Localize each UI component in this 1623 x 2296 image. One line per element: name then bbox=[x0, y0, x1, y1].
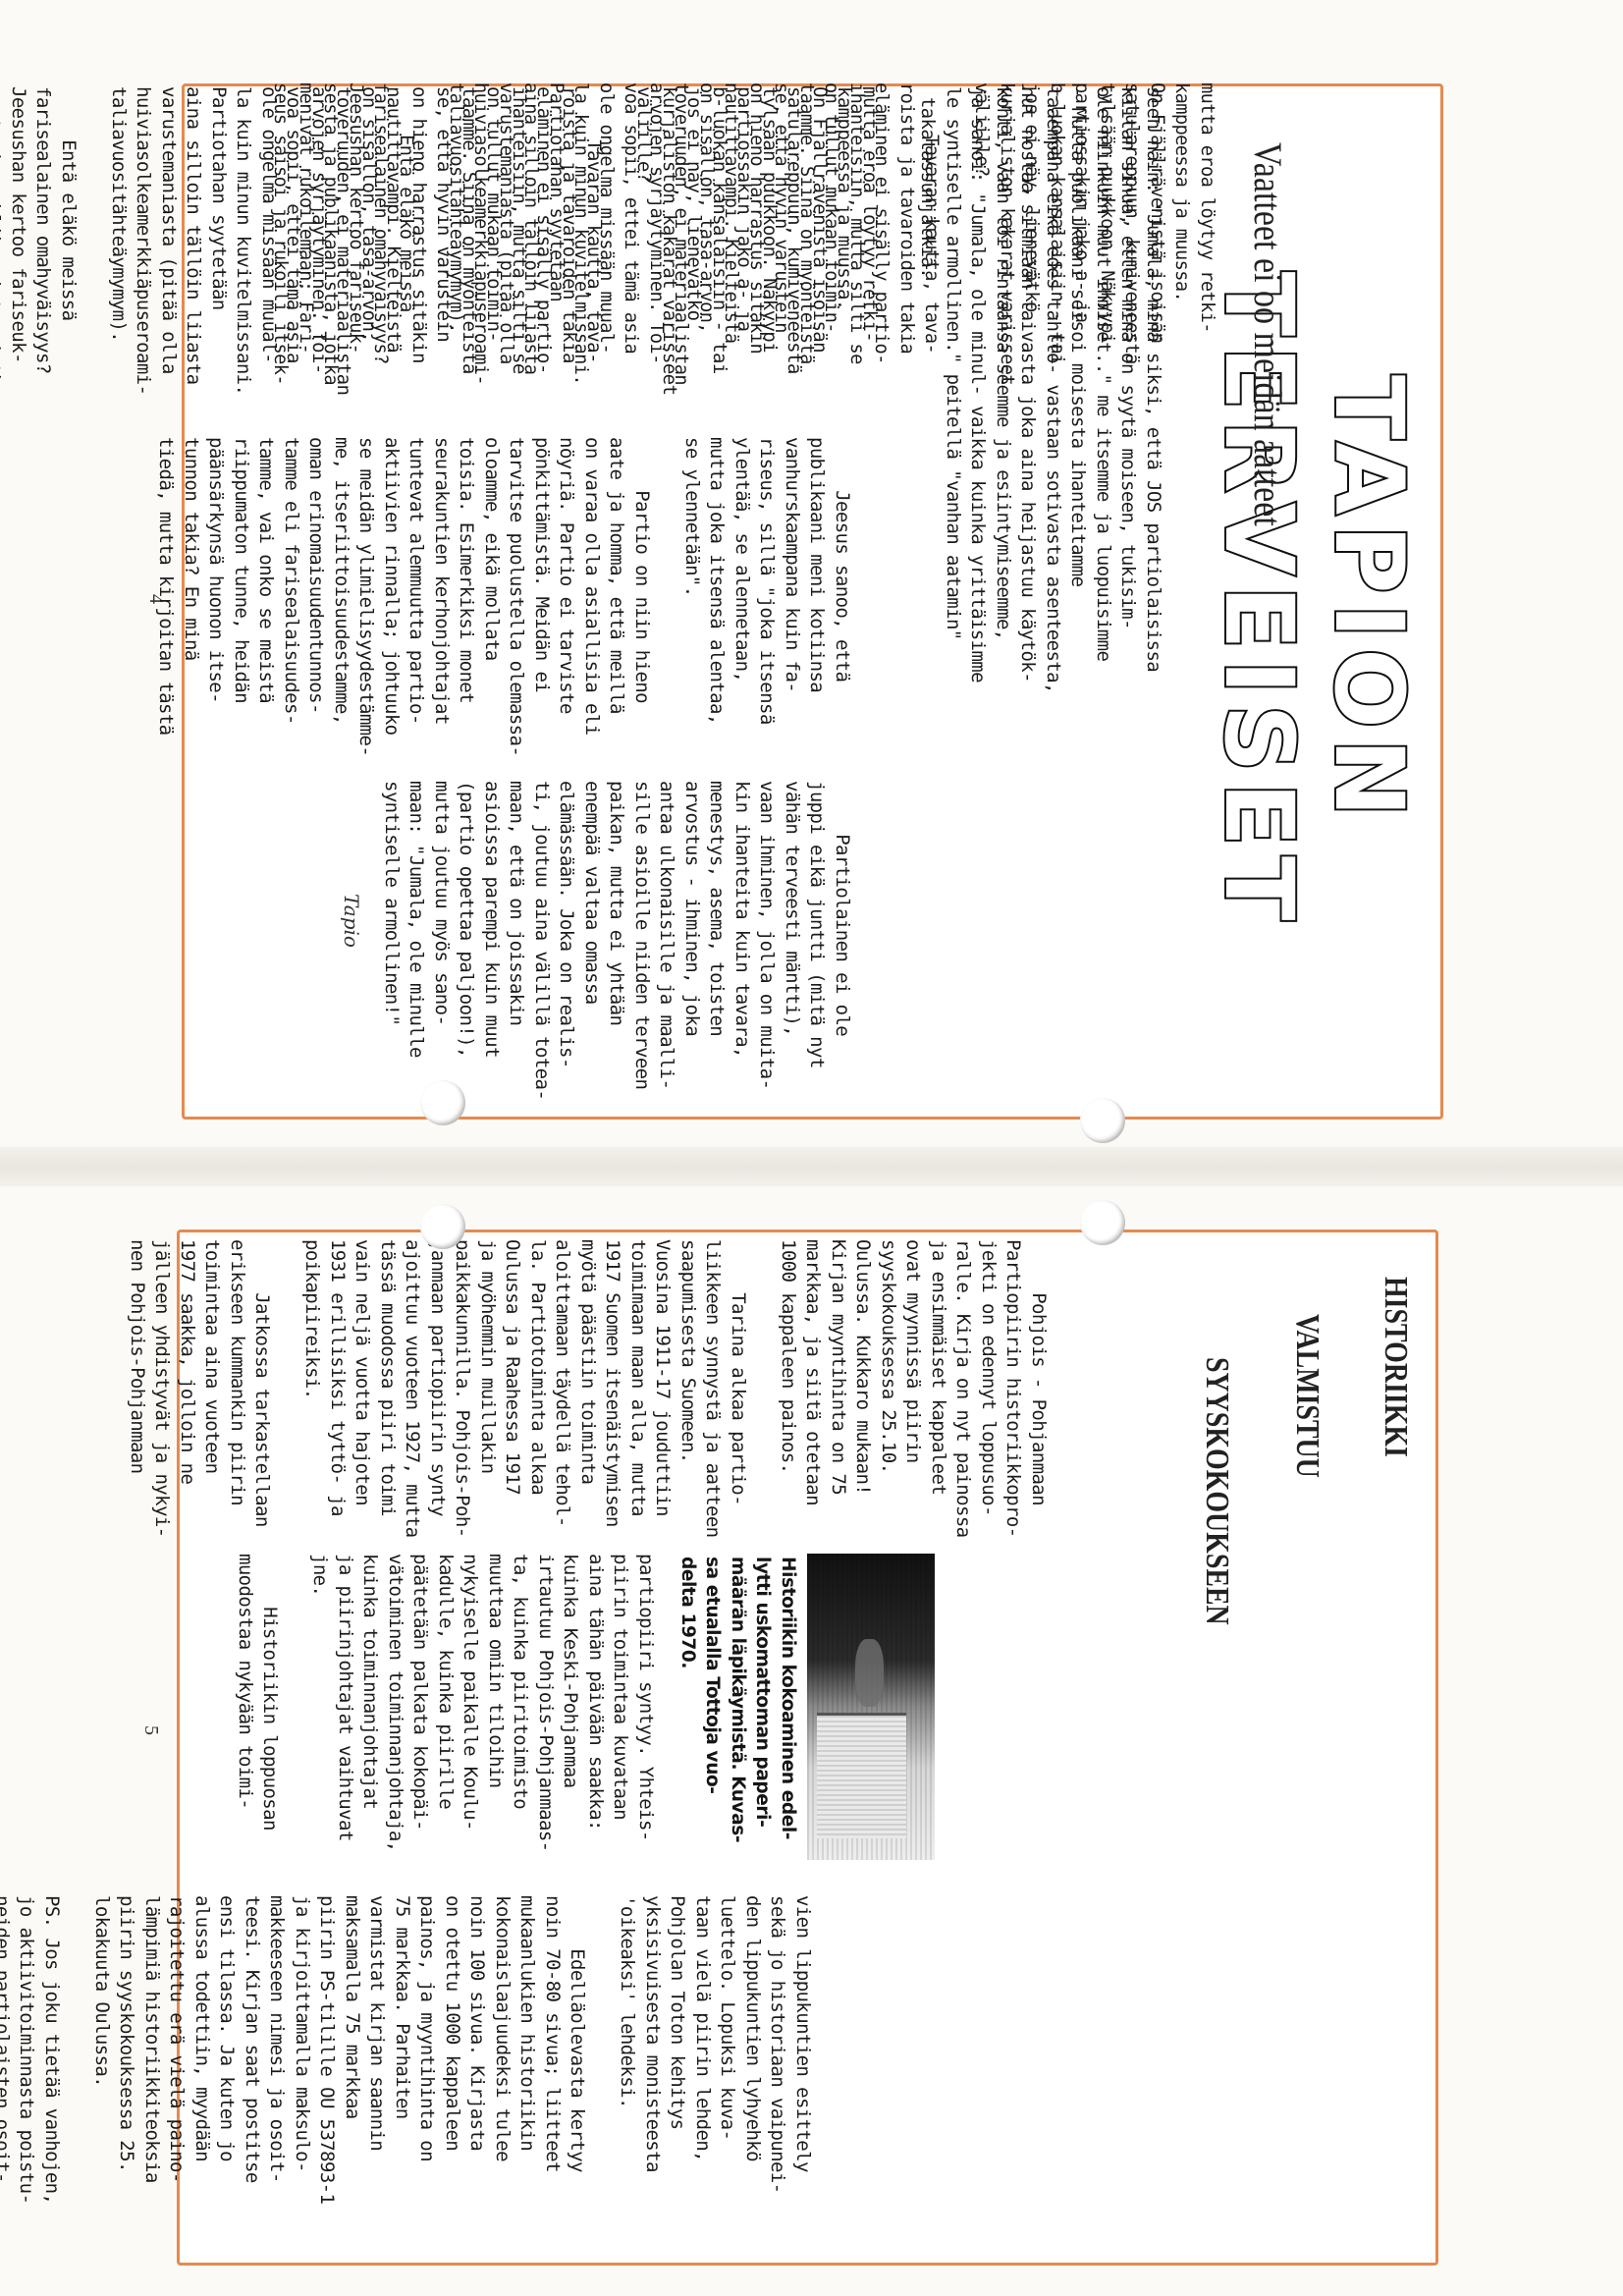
stack-of-papers-photo bbox=[807, 1554, 935, 1860]
article-column-1: Pohjois - Pohjanmaan Partiopiirin histor… bbox=[125, 1239, 1052, 1538]
article-column-end: Partiolainen ei ole juppi eikä juntti (m… bbox=[379, 781, 855, 1100]
author-signature: Tapio bbox=[340, 894, 363, 948]
page-title: TAPION TERVEISET bbox=[1204, 95, 1424, 1107]
headline-line-2: VALMISTUU bbox=[1288, 1314, 1325, 1478]
article-column-middle: Jeesus sanoo, että publikaani meni kotii… bbox=[153, 437, 854, 756]
photo-caption: Historiikin kokoaminen edel- lytti uskom… bbox=[676, 1557, 801, 1842]
binder-hole bbox=[420, 1204, 465, 1249]
binder-hole bbox=[1080, 1098, 1125, 1143]
hand-shape bbox=[855, 1639, 884, 1707]
article-column-3: vien lippukuntien esittely sekä jo histo… bbox=[0, 1895, 815, 2214]
booklet-fold bbox=[0, 1147, 1623, 1186]
article-column-2: partiopiiri syntyy. Yhteis- piirin toimi… bbox=[233, 1554, 659, 1852]
article-column-opening: seen näin: "Jumala, minä siksi, että JOS… bbox=[915, 86, 1165, 1118]
headline-line-3: SYYSKOKOUKSEEN bbox=[1198, 1357, 1235, 1625]
binder-hole bbox=[1080, 1200, 1125, 1245]
page-subtitle: Vaatteet ei oo meidän aatteet bbox=[1245, 142, 1291, 526]
article-column-left: mutta eroa löytyy retki- kamppeessa ja m… bbox=[0, 86, 882, 395]
binder-hole bbox=[420, 1080, 465, 1125]
paper-stack bbox=[817, 1713, 906, 1838]
page-number: 5 bbox=[139, 1725, 162, 1735]
headline-line-1: HISTORIIKKI bbox=[1377, 1277, 1414, 1457]
